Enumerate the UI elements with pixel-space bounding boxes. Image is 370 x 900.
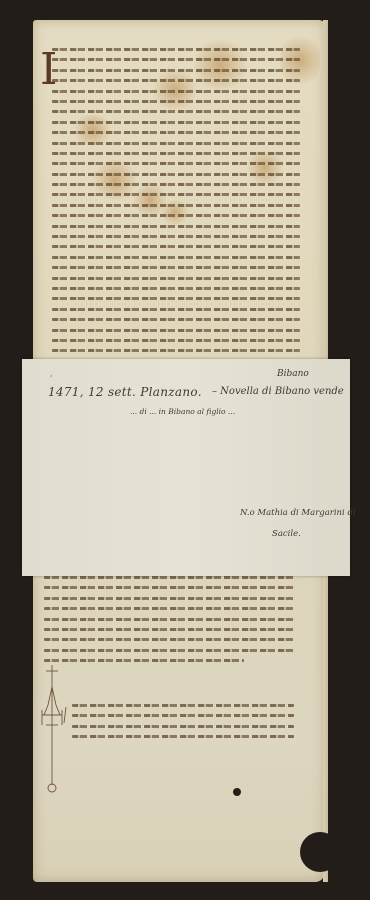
text-line: ... Nouellas et Karbonus ... [52, 314, 300, 324]
text-line: ... vocatis et rogatis ... Nouellas ... [52, 117, 300, 127]
text-line: rogatus scribere scripsi et publicavi ap… [72, 721, 294, 731]
text-line: ... Bartolomeo de ... [52, 75, 300, 85]
label-title: – Novella di Bibano vende [212, 386, 344, 397]
text-line: ... de Bibano ... regulaneis ... [52, 127, 300, 137]
text-line: ... et ... [52, 169, 300, 179]
text-line: ... de ... [52, 283, 300, 293]
parchment-torn-corner [300, 832, 340, 872]
text-line: ... de la ... Bibani ... [52, 210, 300, 220]
text-line: et signo consueto in fidem et testimoniu… [72, 731, 294, 741]
text-line: ... Cum ... renunciatione ... [44, 624, 294, 634]
text-line: Bianza ... [52, 304, 300, 314]
text-line: ... [44, 593, 294, 603]
label-notary-place: Sacile. [272, 529, 301, 539]
text-line: ... [52, 138, 300, 148]
text-line: ... regulanis Bibani [52, 325, 300, 335]
text-line: ... de Planzano ... [52, 158, 300, 168]
text-line: nouella ... [44, 582, 294, 592]
text-line: mensis septembris. Planzani, districtus … [52, 65, 300, 75]
text-line: N Christi nomine amen. Anno nativitatis … [52, 44, 300, 54]
text-line: ... de Planzano ... de ... [52, 106, 300, 116]
label-place-heading: Bibano [277, 369, 309, 379]
text-line: ... [44, 603, 294, 613]
text-line: ... de ... Antonius de ... [52, 262, 300, 272]
text-line: omnia ... omnia et singula firma ... [44, 655, 294, 665]
text-line: ... [52, 252, 300, 262]
text-line: ... pbro Nicolao de ... [52, 86, 300, 96]
text-line: in loco dicto ... [52, 335, 300, 345]
parchment-hole [233, 788, 241, 796]
notarial-sign-icon [40, 665, 70, 795]
text-line: gentesimo septuagesimo, indictione quart… [52, 54, 300, 64]
text-line: ... in Bibano inferiori ... Franciscus d… [52, 293, 300, 303]
text-line: ... de la Bianza ... [52, 345, 300, 355]
text-line: ... et obligatione omnium suorum bonorum… [44, 634, 294, 644]
label-date: 1471, 12 sett. Planzano. [48, 385, 202, 399]
text-line: ... de Planzano ... [52, 96, 300, 106]
text-line: ... [52, 179, 300, 189]
text-line: et ... Castri ... Mandamus ... [52, 148, 300, 158]
text-line: ... regulaneis ... [52, 231, 300, 241]
text-line: ... de una pecia terre ... posita in pal… [52, 241, 300, 251]
label-mark: · [50, 372, 53, 381]
text-line: imperiali auctoritate notarius hiis omni… [72, 710, 294, 720]
notarial-subscription: Ego Mathias filius quondam Antonii de Ma… [72, 700, 294, 742]
text-line: ... posita in Bibano inferiori ... [52, 273, 300, 283]
main-text-block: N Christi nomine amen. Anno nativitatis … [52, 44, 300, 366]
text-line: ... una pecia terre ... posita [52, 221, 300, 231]
archival-label: · Bibano 1471, 12 sett. Planzano. – Nove… [22, 359, 350, 576]
text-line: ... [44, 614, 294, 624]
text-line: ... [52, 200, 300, 210]
label-notary: N.o Mathia di Margarini di [240, 508, 356, 518]
continued-text-block: ... et ... nouella ... ... ... ... ... C… [44, 572, 294, 666]
text-line: Ego Mathias filius quondam Antonii de Ma… [72, 700, 294, 710]
text-line: ... [52, 189, 300, 199]
text-line: immobilium presentium et futurorum. Et p… [44, 645, 294, 655]
label-subtitle: ... di ... in Bibano al figlio ... [130, 407, 235, 416]
